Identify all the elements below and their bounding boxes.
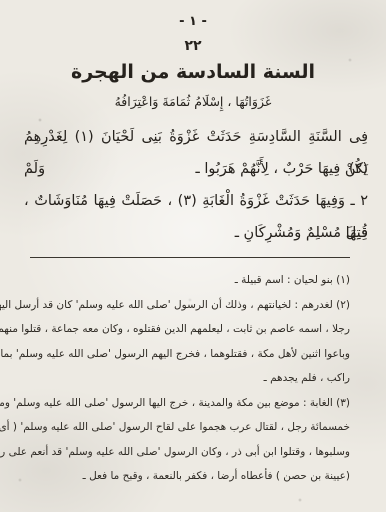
body-line: ٢ ـ وَفِيهَا حَدَثَتْ غَزْوَةُ الْغَابَة… <box>24 185 368 217</box>
body-line: فِيهَا مُسْلِمٌ وَمُشْرِكَانِ ـ <box>24 217 368 249</box>
page-subtitle: غَزَوَاتُهَا ، إِسْلَامُ ثُمَامَةَ وَاعْ… <box>0 94 386 109</box>
scanned-book-page: - ١ - ٢٢ السنة السادسة من الهجرة غَزَوَا… <box>0 0 386 512</box>
footnote-line: خمسمائة رجل ، لقتال عرب هجموا على لقاح ا… <box>34 415 350 440</box>
footnote-separator <box>30 257 350 258</box>
footnote-line: وسلبوها ، وقتلوا ابن أبى ذر ، وكان الرسو… <box>34 440 350 465</box>
body-line: فِى السَّنَةِ السَّادِسَةِ حَدَثَتْ غَزْ… <box>24 121 368 153</box>
footnotes-section: (١) بنو لحيان : اسم قبيلة ـ (٢) لغدرهم :… <box>0 264 386 489</box>
footnote-line: (٢) لغدرهم : لخيانتهم ، وذلك أن الرسول '… <box>34 293 350 318</box>
footnote-line: راكب ، فلم يجدهم ـ <box>34 366 350 391</box>
footnote-line: (١) بنو لحيان : اسم قبيلة ـ <box>34 268 350 293</box>
footnote-line: (٣) الغابة : موضع بين مكة والمدينة ، خرج… <box>34 391 350 416</box>
section-number: ٢٢ <box>0 38 386 54</box>
page-number: - ١ - <box>0 14 386 29</box>
body-text: فِى السَّنَةِ السَّادِسَةِ حَدَثَتْ غَزْ… <box>0 121 386 249</box>
footnote-line: (عيينة بن حصن ) فأعطاه أرضا ، فكفر بالنع… <box>34 464 350 489</box>
footnote-line: رجلا ، اسمه عاصم بن ثابت ، ليعلمهم الدين… <box>34 317 350 342</box>
footnote-line: وباعوا اثنين لأهل مكة ، فقتلوهما ، فخرج … <box>34 342 350 367</box>
page-title: السنة السادسة من الهجرة <box>0 61 386 83</box>
